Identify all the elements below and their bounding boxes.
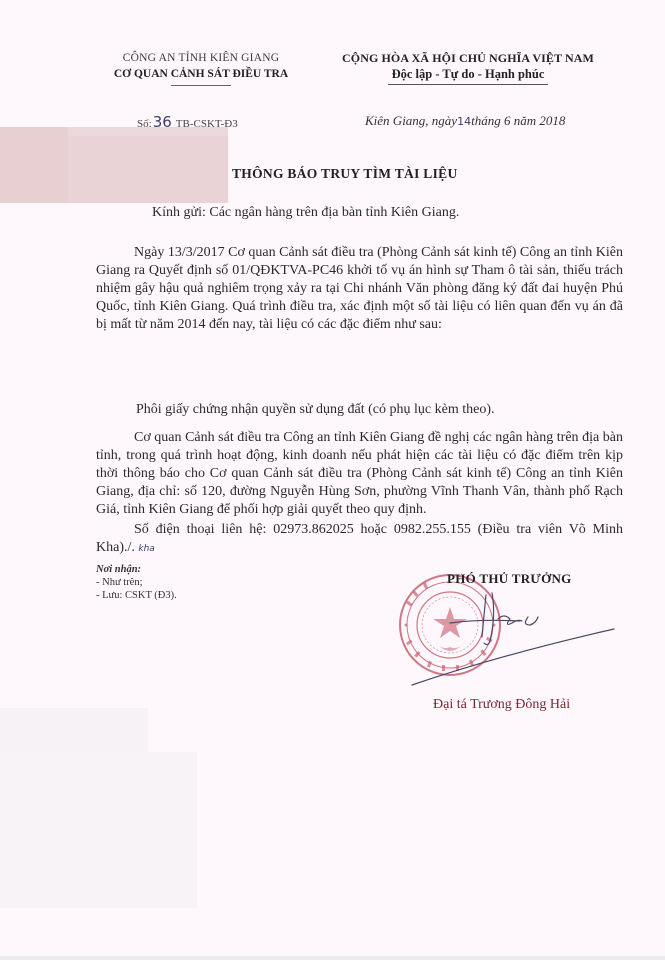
paragraph-contact: Số điện thoại liên hệ: 02973.862025 hoặc… xyxy=(96,521,623,558)
document-title: THÔNG BÁO TRUY TÌM TÀI LIỆU xyxy=(232,166,458,182)
redaction-block xyxy=(0,752,197,908)
national-motto: Độc lập - Tự do - Hạnh phúc xyxy=(318,66,618,82)
signer-name: Đại tá Trương Đông Hải xyxy=(433,697,570,713)
department-name: CƠ QUAN CẢNH SÁT ĐIỀU TRA xyxy=(96,66,306,82)
recipient-item: - Như trên; xyxy=(96,576,177,589)
paragraph-document-item: Phôi giấy chứng nhận quyền sử dụng đất (… xyxy=(136,401,616,419)
place-prefix: Kiên Giang, ngày xyxy=(365,113,457,128)
page-bottom-edge xyxy=(0,956,665,960)
redaction-block xyxy=(0,136,228,203)
recipients-heading: Nơi nhận: xyxy=(96,563,177,576)
recipients-block: Nơi nhận: - Như trên; - Lưu: CSKT (Đ3). xyxy=(96,563,177,602)
contact-text: Số điện thoại liên hệ: 02973.862025 hoặc… xyxy=(96,522,623,555)
motto-divider xyxy=(388,84,548,85)
date-rest: tháng 6 năm 2018 xyxy=(471,113,565,128)
recipient-item: - Lưu: CSKT (Đ3). xyxy=(96,589,177,602)
place-date: Kiên Giang, ngày14tháng 6 năm 2018 xyxy=(365,113,565,129)
paragraph-request: Cơ quan Cảnh sát điều tra Công an tỉnh K… xyxy=(96,429,623,519)
recipient-line: Kính gửi: Các ngân hàng trên địa bàn tỉn… xyxy=(152,205,459,221)
header-divider xyxy=(171,85,231,86)
paragraph-case-info: Ngày 13/3/2017 Cơ quan Cảnh sát điều tra… xyxy=(96,244,623,334)
agency-header: CÔNG AN TỈNH KIÊN GIANG CƠ QUAN CẢNH SÁT… xyxy=(96,50,306,86)
handwritten-initials: kha xyxy=(138,544,154,554)
signature-icon xyxy=(400,585,630,695)
day-handwritten: 14 xyxy=(457,115,471,128)
nation-name: CỘNG HÒA XÃ HỘI CHỦ NGHĨA VIỆT NAM xyxy=(318,50,618,66)
nation-header: CỘNG HÒA XÃ HỘI CHỦ NGHĨA VIỆT NAM Độc l… xyxy=(318,50,618,85)
agency-name: CÔNG AN TỈNH KIÊN GIANG xyxy=(96,50,306,66)
